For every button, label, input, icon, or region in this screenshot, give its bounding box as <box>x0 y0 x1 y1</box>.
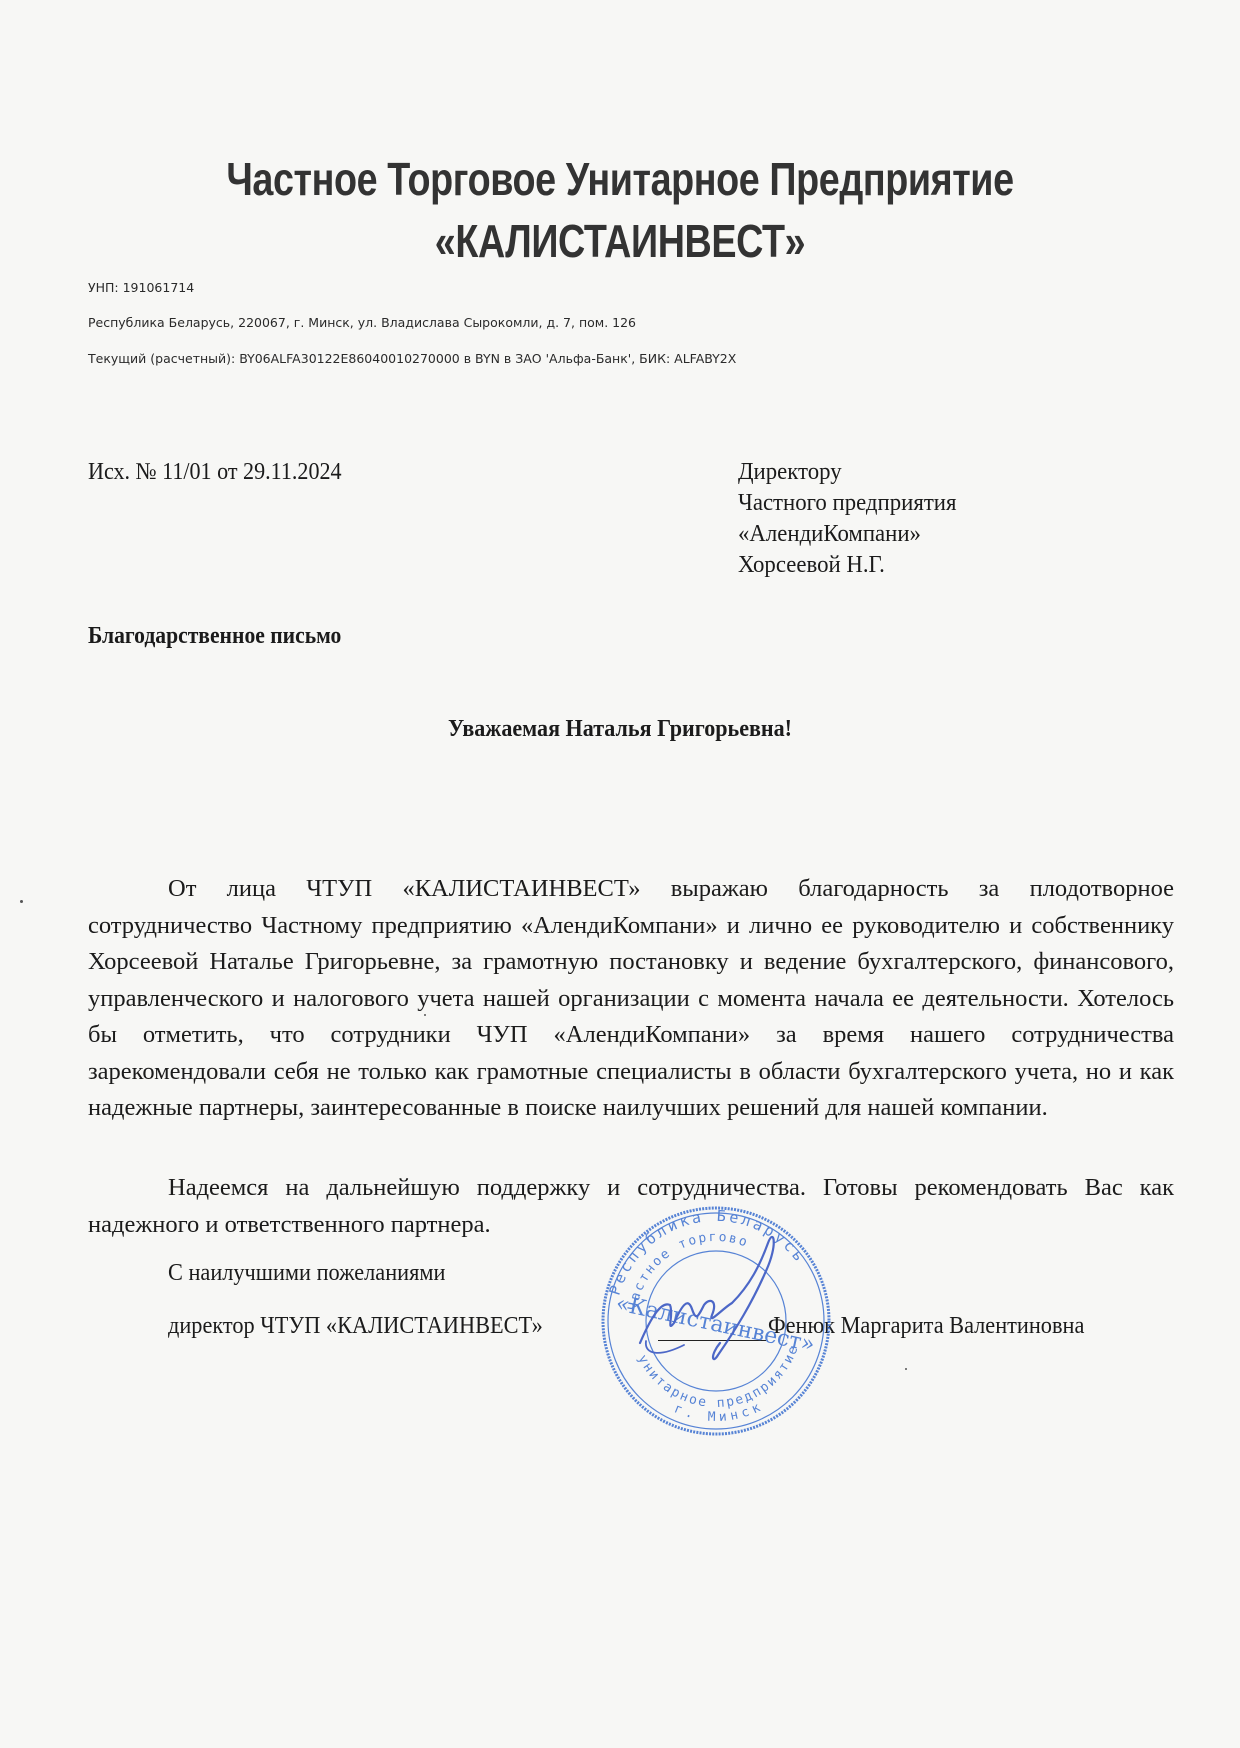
letterhead-title: Частное Торговое Унитарное Предприятие «… <box>112 148 1129 272</box>
outgoing-reference: Исх. № 11/01 от 29.11.2024 <box>88 457 342 487</box>
addressee-line-4: Хорсеевой Н.Г. <box>738 550 956 581</box>
company-type: Частное Торговое Унитарное Предприятие <box>112 148 1129 210</box>
company-seal-icon: Республика Беларусь Частное торгово унит… <box>600 1205 832 1437</box>
addressee-block: Директору Частного предприятия «АлендиКо… <box>738 457 968 581</box>
bank-account: Текущий (расчетный): BY06ALFA30122E86040… <box>88 351 736 366</box>
closing-phrase: С наилучшими пожеланиями <box>168 1260 445 1287</box>
scan-speck <box>424 1014 426 1016</box>
scan-speck <box>20 900 23 903</box>
document-type-heading: Благодарственное письмо <box>88 623 341 650</box>
signatory-role: директор ЧТУП «КАЛИСТАИНВЕСТ» <box>168 1313 543 1340</box>
addressee-line-3: «АлендиКомпани» <box>738 519 956 550</box>
company-name: «КАЛИСТАИНВЕСТ» <box>112 210 1129 272</box>
company-address: Республика Беларусь, 220067, г. Минск, у… <box>88 315 636 330</box>
unp-number: УНП: 191061714 <box>88 280 194 295</box>
salutation: Уважаемая Наталья Григорьевна! <box>50 716 1191 743</box>
letter-page: Частное Торговое Унитарное Предприятие «… <box>0 0 1240 1748</box>
paragraph-text: От лица ЧТУП «КАЛИСТАИНВЕСТ» выражаю бла… <box>88 871 1174 1127</box>
scan-speck <box>905 1368 907 1370</box>
addressee-line-1: Директору <box>738 457 956 488</box>
addressee-line-2: Частного предприятия <box>738 488 956 519</box>
body-paragraph-1: От лица ЧТУП «КАЛИСТАИНВЕСТ» выражаю бла… <box>88 871 1174 1127</box>
